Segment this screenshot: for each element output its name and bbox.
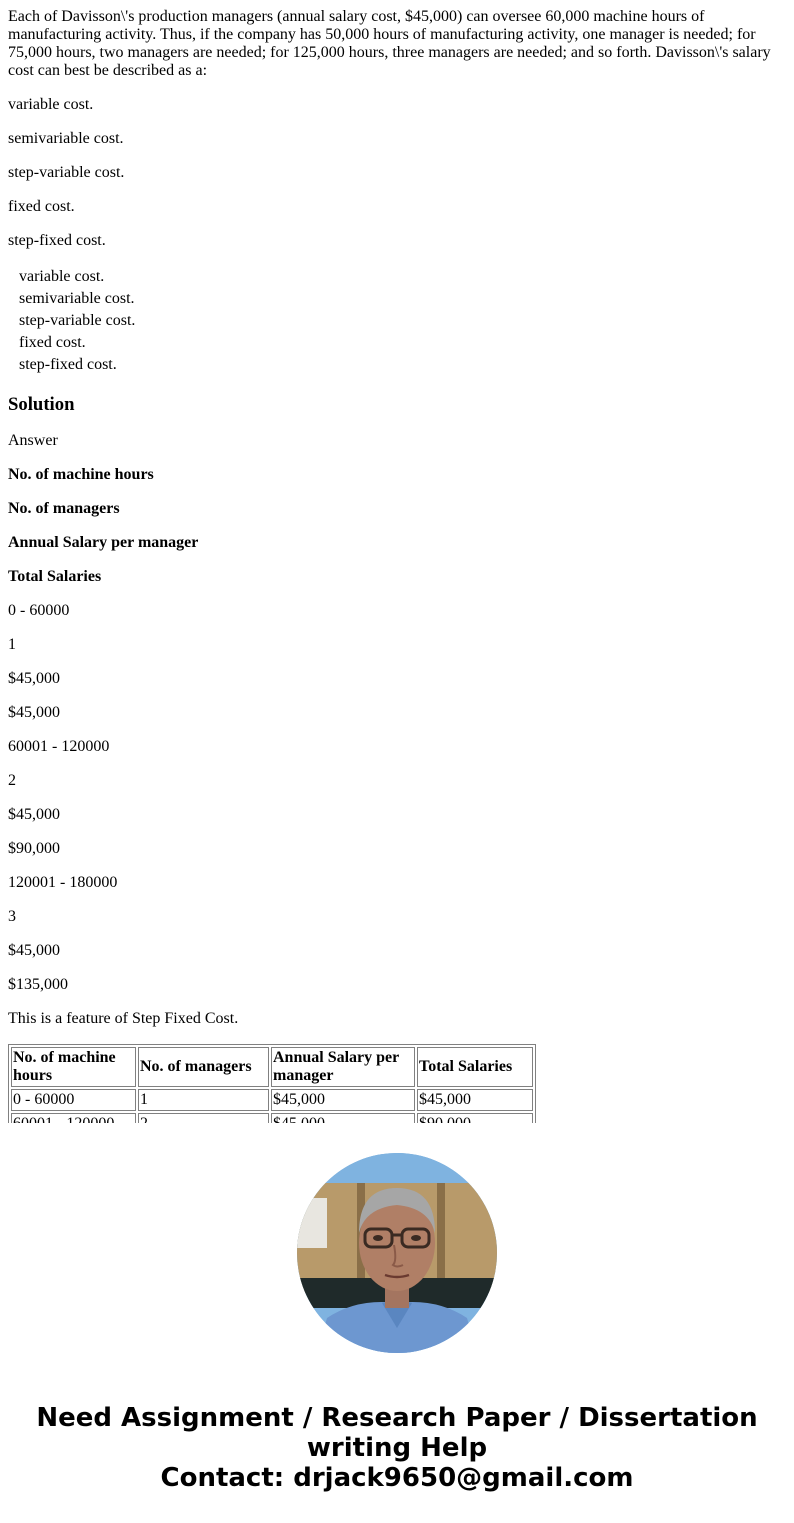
- flat-header: Annual Salary per manager: [8, 534, 786, 552]
- table-cell: $45,000: [271, 1113, 415, 1123]
- table-cell: 1: [138, 1089, 269, 1111]
- table-row: 60001 - 120000 2 $45,000 $90,000: [11, 1113, 533, 1123]
- table-header-cell: No. of machine hours: [11, 1047, 136, 1087]
- table-cell: 0 - 60000: [11, 1089, 136, 1111]
- question-text: Each of Davisson\'s production managers …: [8, 8, 786, 80]
- table-cell: $45,000: [271, 1089, 415, 1111]
- option-paragraph: variable cost.: [8, 96, 786, 114]
- promo-contact: Contact: drjack9650@gmail.com: [0, 1463, 794, 1493]
- choice-item: fixed cost.: [19, 332, 786, 354]
- choice-item: variable cost.: [19, 266, 786, 288]
- promo-line: writing Help: [0, 1433, 794, 1463]
- tutor-photo-icon: [297, 1153, 497, 1353]
- option-paragraphs: variable cost. semivariable cost. step-v…: [8, 96, 786, 250]
- flat-cell: 0 - 60000: [8, 602, 786, 620]
- table-cell: $45,000: [417, 1089, 533, 1111]
- document-content: Each of Davisson\'s production managers …: [8, 0, 786, 1123]
- choice-list: variable cost. semivariable cost. step-v…: [8, 266, 786, 376]
- option-paragraph: semivariable cost.: [8, 130, 786, 148]
- table-header-cell: No. of managers: [138, 1047, 269, 1087]
- solution-heading: Solution: [8, 394, 786, 416]
- flat-cell: 1: [8, 636, 786, 654]
- flat-header: Total Salaries: [8, 568, 786, 586]
- promo-banner: Need Assignment / Research Paper / Disse…: [0, 1403, 794, 1493]
- flat-cell: 3: [8, 908, 786, 926]
- flat-cell: $45,000: [8, 670, 786, 688]
- option-paragraph: step-fixed cost.: [8, 232, 786, 250]
- choice-item: semivariable cost.: [19, 288, 786, 310]
- flat-cell: $45,000: [8, 806, 786, 824]
- tutor-avatar: [297, 1153, 497, 1353]
- answer-label: Answer: [8, 432, 786, 450]
- choice-item: step-variable cost.: [19, 310, 786, 332]
- table-row: 0 - 60000 1 $45,000 $45,000: [11, 1089, 533, 1111]
- choice-item: step-fixed cost.: [19, 354, 786, 376]
- table-header-cell: Total Salaries: [417, 1047, 533, 1087]
- promo-line: Need Assignment / Research Paper / Disse…: [0, 1403, 794, 1433]
- conclusion-text: This is a feature of Step Fixed Cost.: [8, 1010, 786, 1028]
- flat-cell: $90,000: [8, 840, 786, 858]
- table-cell: $90,000: [417, 1113, 533, 1123]
- flat-cell: $45,000: [8, 942, 786, 960]
- table-header-row: No. of machine hours No. of managers Ann…: [11, 1047, 533, 1087]
- flat-header: No. of managers: [8, 500, 786, 518]
- flat-cell: 2: [8, 772, 786, 790]
- flat-header: No. of machine hours: [8, 466, 786, 484]
- flat-cell: $45,000: [8, 704, 786, 722]
- flat-cell: 120001 - 180000: [8, 874, 786, 892]
- table-cell: 60001 - 120000: [11, 1113, 136, 1123]
- table-cell: 2: [138, 1113, 269, 1123]
- table-header-cell: Annual Salary per manager: [271, 1047, 415, 1087]
- flat-cell: 60001 - 120000: [8, 738, 786, 756]
- flat-cell: $135,000: [8, 976, 786, 994]
- flat-headers: No. of machine hours No. of managers Ann…: [8, 466, 786, 586]
- flat-rows: 0 - 60000 1 $45,000 $45,000 60001 - 1200…: [8, 602, 786, 994]
- option-paragraph: step-variable cost.: [8, 164, 786, 182]
- salary-table: No. of machine hours No. of managers Ann…: [8, 1044, 536, 1123]
- option-paragraph: fixed cost.: [8, 198, 786, 216]
